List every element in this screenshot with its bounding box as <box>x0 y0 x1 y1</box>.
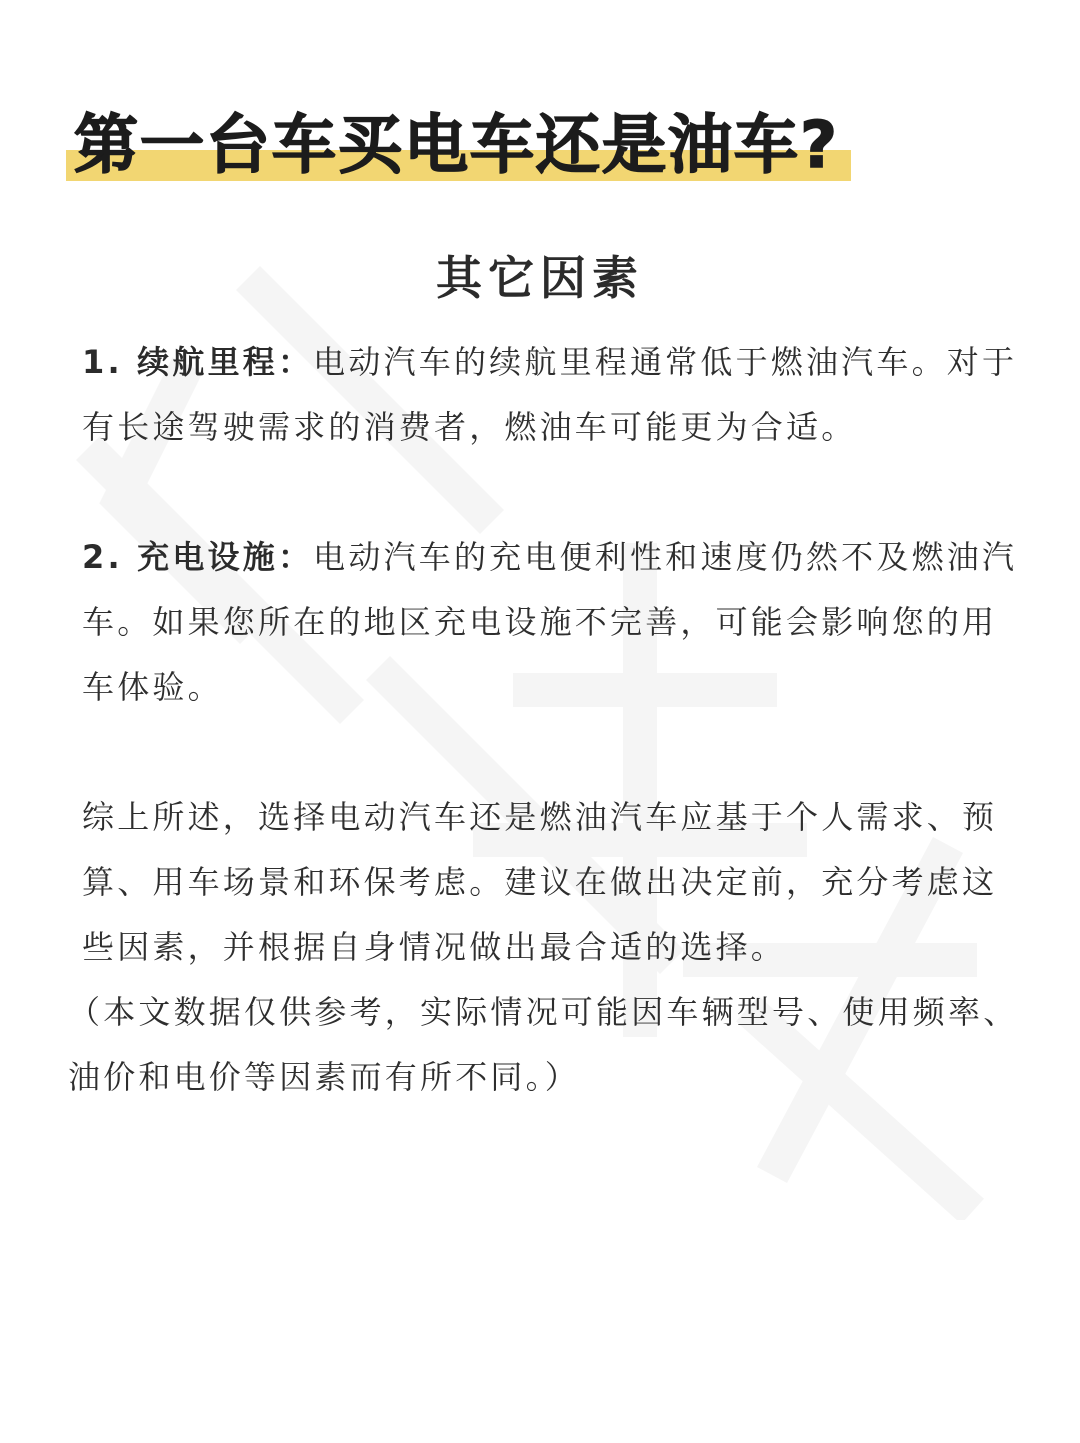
disclaimer-paragraph: （本文数据仅供参考，实际情况可能因车辆型号、使用频率、油价和电价等因素而有所不同… <box>68 980 1032 1110</box>
factor-charging: 2. 充电设施：电动汽车的充电便利性和速度仍然不及燃油汽车。如果您所在的地区充电… <box>82 525 1032 720</box>
conclusion-paragraph: 综上所述，选择电动汽车还是燃油汽车应基于个人需求、预算、用车场景和环保考虑。建议… <box>82 785 1032 980</box>
factor-range: 1. 续航里程：电动汽车的续航里程通常低于燃油汽车。对于有长途驾驶需求的消费者，… <box>82 330 1032 460</box>
title-banner: 第一台车买电车还是油车? <box>66 108 866 188</box>
page-title: 第一台车买电车还是油车? <box>74 108 839 184</box>
spacer <box>82 720 1032 785</box>
factor-range-label: 1. 续航里程： <box>82 343 313 381</box>
section-heading: 其它因素 <box>0 248 1080 308</box>
factor-charging-label: 2. 充电设施： <box>82 538 313 576</box>
spacer <box>82 460 1032 525</box>
article-body: 1. 续航里程：电动汽车的续航里程通常低于燃油汽车。对于有长途驾驶需求的消费者，… <box>82 330 1032 1110</box>
